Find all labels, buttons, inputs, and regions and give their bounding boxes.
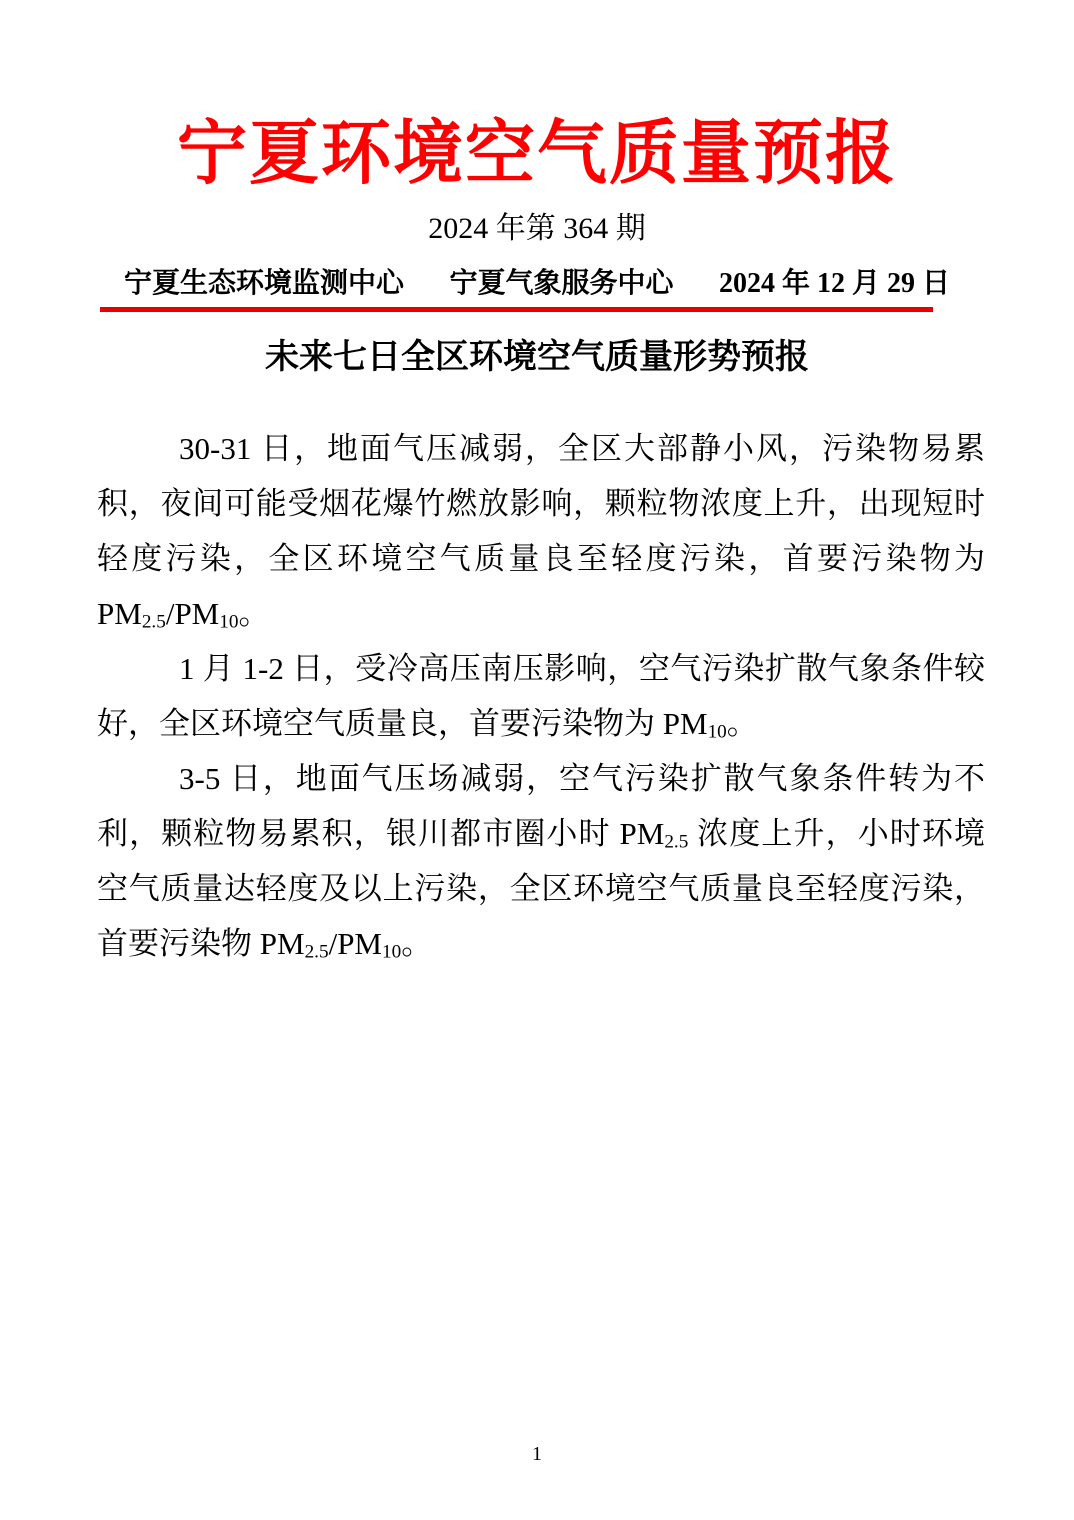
document-title: 宁夏环境空气质量预报	[0, 0, 1074, 192]
paragraph-text: 。	[401, 926, 432, 961]
header-row: 宁夏生态环境监测中心 宁夏气象服务中心 2024 年 12 月 29 日	[0, 269, 1074, 300]
page-number: 1	[0, 1444, 1074, 1464]
body-paragraph: 1 月 1-2 日，受冷高压南压影响，空气污染扩散气象条件较好，全区环境空气质量…	[97, 641, 985, 751]
pollutant-subscript: 10	[219, 612, 238, 633]
issue-date: 2024 年 12 月 29 日	[719, 269, 950, 300]
red-divider-rule	[100, 307, 933, 312]
pollutant-subscript: 2.5	[142, 612, 166, 633]
pollutant-subscript: 10	[382, 942, 401, 963]
paragraph-text: 30-31 日，地面气压减弱，全区大部静小风，污染物易累积，夜间可能受烟花爆竹燃…	[97, 431, 985, 631]
org-monitoring-center: 宁夏生态环境监测中心	[124, 269, 404, 300]
paragraph-text: 。	[238, 596, 269, 631]
paragraph-text: /PM	[329, 926, 382, 961]
document-page: 宁夏环境空气质量预报 2024 年第 364 期 宁夏生态环境监测中心 宁夏气象…	[0, 0, 1074, 1520]
paragraph-text: /PM	[166, 596, 219, 631]
issue-number: 2024 年第 364 期	[0, 212, 1074, 245]
paragraph-text: 。	[727, 706, 758, 741]
body-paragraph: 30-31 日，地面气压减弱，全区大部静小风，污染物易累积，夜间可能受烟花爆竹燃…	[97, 421, 985, 641]
pollutant-subscript: 2.5	[305, 942, 329, 963]
org-meteorological-center: 宁夏气象服务中心	[449, 269, 673, 300]
pollutant-subscript: 2.5	[664, 832, 688, 853]
paragraph-text: 1 月 1-2 日，受冷高压南压影响，空气污染扩散气象条件较好，全区环境空气质量…	[97, 651, 985, 741]
section-title: 未来七日全区环境空气质量形势预报	[0, 338, 1074, 377]
body-paragraph: 3-5 日，地面气压场减弱，空气污染扩散气象条件转为不利，颗粒物易累积，银川都市…	[97, 751, 985, 971]
document-body: 30-31 日，地面气压减弱，全区大部静小风，污染物易累积，夜间可能受烟花爆竹燃…	[0, 421, 1074, 971]
pollutant-subscript: 10	[708, 722, 727, 743]
